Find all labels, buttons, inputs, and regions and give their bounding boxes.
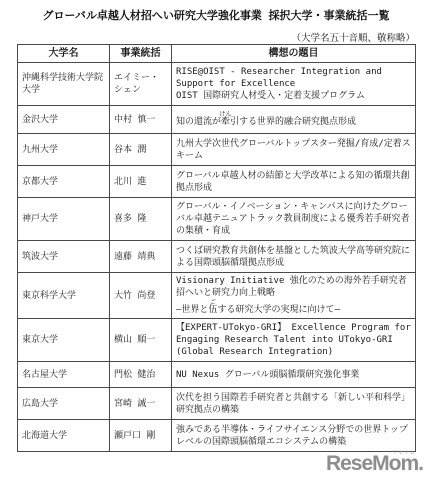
university-cell: 東京科学大学 — [18, 273, 110, 319]
director-cell: 喜多 隆 — [110, 198, 172, 241]
title-line: 九州大学次世代グローバルトップスター発掘/育成/定着スキーム — [176, 138, 411, 162]
header-proposal-title: 構想の題目 — [172, 45, 416, 63]
proposal-title-cell: Visionary Initiative 強化のための海外若手研究者招へいと研究… — [172, 273, 416, 319]
resemom-watermark-logo: リセマムReseMom. — [326, 450, 424, 478]
proposal-title-cell: 【EXPERT-UTokyo-GRI】 Excellence Program f… — [172, 319, 416, 362]
title-line: OIST 国際研究人材受入・定着支援プログラム — [176, 90, 411, 102]
table-row: 筑波大学 遠藤 靖典 つくば研究教育共創体を基盤とした筑波大学高等研究院による国… — [18, 241, 416, 273]
table-row: 東京科学大学 大竹 尚登 Visionary Initiative 強化のための… — [18, 273, 416, 319]
title-line: RISE@OIST - Researcher Integration and S… — [176, 66, 411, 90]
university-cell: 九州大学 — [18, 134, 110, 166]
table-row: 名古屋大学 門松 健治 NU Nexus グローバル頭脳循環研究強化事業 — [18, 362, 416, 388]
director-cell: 北川 進 — [110, 166, 172, 198]
table-row: 九州大学 谷本 潤 九州大学次世代グローバルトップスター発掘/育成/定着スキーム — [18, 134, 416, 166]
proposal-title-cell: 九州大学次世代グローバルトップスター発掘/育成/定着スキーム — [172, 134, 416, 166]
table-row: 京都大学 北川 進 グローバル卓越人材の結節と大学改革による知の循環共創拠点形成 — [18, 166, 416, 198]
table-row: 神戸大学 喜多 隆 グローバル・イノベーション・キャンパスに向けたグローバル卓越… — [18, 198, 416, 241]
title-line: 次代を担う国際若手研究者と共創する「新しい平和科学」研究拠点の構築 — [176, 392, 411, 416]
director-cell: 門松 健治 — [110, 362, 172, 388]
table-row: 広島大学 宮崎 誠一 次代を担う国際若手研究者と共創する「新しい平和科学」研究拠… — [18, 388, 416, 420]
university-cell: 金沢大学 — [18, 106, 110, 134]
director-cell: 遠藤 靖典 — [110, 241, 172, 273]
resemom-logo-furigana: リセマム — [392, 449, 416, 456]
header-director: 事業統括 — [110, 45, 172, 63]
director-cell: 瀬戸口 剛 — [110, 420, 172, 452]
university-cell: 名古屋大学 — [18, 362, 110, 388]
table-row: 東京大学 横山 順一 【EXPERT-UTokyo-GRI】 Excellenc… — [18, 319, 416, 362]
page-title: グローバル卓越人材招へい研究大学強化事業 採択大学・事業統括一覧 — [0, 7, 432, 23]
director-cell: エイミー・シェン — [110, 63, 172, 106]
table-row: 金沢大学 中村 慎一 知の還流が牽けん引する世界的融合研究拠点形成 — [18, 106, 416, 134]
title-line: グローバル・イノベーション・キャンパスに向けたグローバル卓越テニュアトラック教員… — [176, 201, 411, 237]
university-cell: 神戸大学 — [18, 198, 110, 241]
university-cell: 広島大学 — [18, 388, 110, 420]
proposal-title-cell: グローバル・イノベーション・キャンパスに向けたグローバル卓越テニュアトラック教員… — [172, 198, 416, 241]
header-university: 大学名 — [18, 45, 110, 63]
title-line: 【EXPERT-UTokyo-GRI】 Excellence Program f… — [176, 322, 411, 358]
proposal-title-cell: グローバル卓越人材の結節と大学改革による知の循環共創拠点形成 — [172, 166, 416, 198]
title-line: Visionary Initiative 強化のための海外若手研究者招へいと研究… — [176, 275, 411, 299]
title-line: NU Nexus グローバル頭脳循環研究強化事業 — [176, 369, 411, 381]
director-cell: 横山 順一 — [110, 319, 172, 362]
title-line: 強みである半導体・ライフサイエンス分野での世界トップレベルの国際頭脳循環エコシス… — [176, 424, 411, 448]
director-cell: 宮崎 誠一 — [110, 388, 172, 420]
title-line: 知の還流が牽けん引する世界的融合研究拠点形成 — [176, 111, 411, 128]
table-row: 北海道大学 瀬戸口 剛 強みである半導体・ライフサイエンス分野での世界トップレベ… — [18, 420, 416, 452]
table-row: 沖縄科学技術大学院大学 エイミー・シェン RISE@OIST - Researc… — [18, 63, 416, 106]
proposal-title-cell: 知の還流が牽けん引する世界的融合研究拠点形成 — [172, 106, 416, 134]
university-cell: 筑波大学 — [18, 241, 110, 273]
director-cell: 中村 慎一 — [110, 106, 172, 134]
title-line: グローバル卓越人材の結節と大学改革による知の循環共創拠点形成 — [176, 170, 411, 194]
title-line: つくば研究教育共創体を基盤とした筑波大学高等研究院による国際頭脳循環拠点形成 — [176, 245, 411, 269]
director-cell: 谷本 潤 — [110, 134, 172, 166]
university-cell: 沖縄科学技術大学院大学 — [18, 63, 110, 106]
proposal-title-cell: 強みである半導体・ライフサイエンス分野での世界トップレベルの国際頭脳循環エコシス… — [172, 420, 416, 452]
selected-universities-table: 大学名 事業統括 構想の題目 沖縄科学技術大学院大学 エイミー・シェン RISE… — [17, 44, 416, 452]
director-cell: 大竹 尚登 — [110, 273, 172, 319]
proposal-title-cell: つくば研究教育共創体を基盤とした筑波大学高等研究院による国際頭脳循環拠点形成 — [172, 241, 416, 273]
proposal-title-cell: NU Nexus グローバル頭脳循環研究強化事業 — [172, 362, 416, 388]
table-header-row: 大学名 事業統括 構想の題目 — [18, 45, 416, 63]
sort-order-note: （大学名五十音順、敬称略） — [17, 30, 415, 44]
university-cell: 京都大学 — [18, 166, 110, 198]
proposal-title-cell: RISE@OIST - Researcher Integration and S… — [172, 63, 416, 106]
university-cell: 北海道大学 — [18, 420, 110, 452]
proposal-title-cell: 次代を担う国際若手研究者と共創する「新しい平和科学」研究拠点の構築 — [172, 388, 416, 420]
resemom-logo-dot: . — [418, 452, 424, 475]
university-cell: 東京大学 — [18, 319, 110, 362]
title-line: ―世界と伍ごする研究大学の実現に向けて― — [176, 299, 411, 316]
